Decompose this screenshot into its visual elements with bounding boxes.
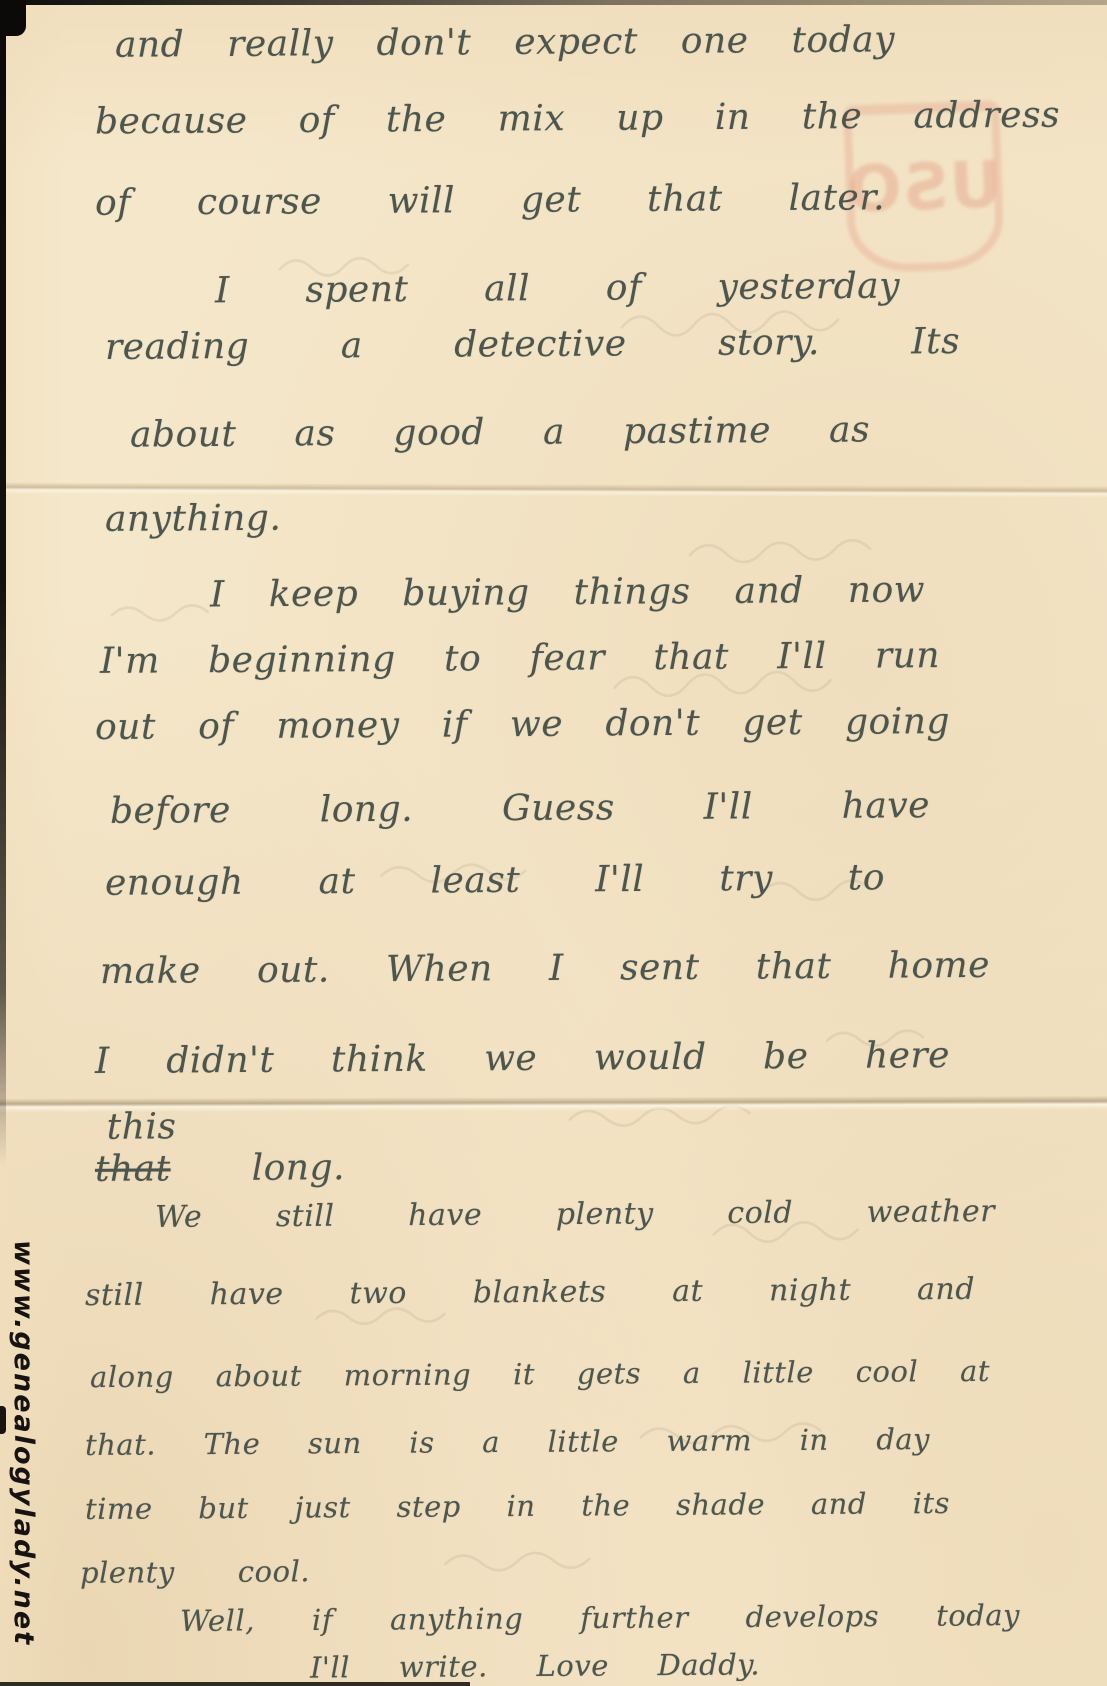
line-text: We still have plenty cold weather bbox=[155, 1194, 995, 1235]
line-text: anything. bbox=[105, 498, 282, 540]
scan-corner-top-left bbox=[0, 0, 26, 36]
letter-line: Well, if anything further develops today bbox=[180, 1599, 1020, 1638]
letter-line: before long. Guess I'll have bbox=[110, 785, 930, 832]
letter-page: USO www.genealogylady.net and really don… bbox=[0, 0, 1107, 1686]
fold-crease-top bbox=[0, 482, 1107, 498]
line-text: that. The sun is a little warm in day bbox=[85, 1422, 930, 1462]
line-text: of course will get that later. bbox=[95, 177, 885, 224]
line-text: because of the mix up in the address bbox=[95, 95, 1060, 143]
watermark-genealogylady: www.genealogylady.net bbox=[8, 1240, 39, 1646]
line-text: out of money if we don't get going bbox=[95, 701, 950, 748]
letter-line: and really don't expect one today bbox=[115, 19, 895, 66]
line-text: enough at least I'll try to bbox=[105, 857, 885, 903]
letter-line: I spent all of yesterday bbox=[215, 266, 900, 312]
scan-edge-top bbox=[0, 0, 1107, 5]
letter-line: plenty cool. bbox=[80, 1555, 310, 1590]
letter-line: thisthat long. bbox=[95, 1147, 345, 1190]
letter-line: that. The sun is a little warm in day bbox=[85, 1423, 930, 1462]
letter-line: still have two blankets at night and bbox=[85, 1273, 975, 1314]
line-text: time but just step in the shade and its bbox=[85, 1486, 950, 1526]
letter-line: I'm beginning to fear that I'll run bbox=[100, 635, 940, 682]
line-text: plenty cool. bbox=[80, 1554, 310, 1590]
letter-line: out of money if we don't get going bbox=[95, 701, 950, 748]
letter-line: because of the mix up in the address bbox=[95, 95, 1060, 143]
line-text: I'm beginning to fear that I'll run bbox=[100, 635, 940, 682]
scan-edge-blob bbox=[0, 1406, 6, 1434]
inserted-word: this bbox=[107, 1106, 177, 1148]
letter-line: of course will get that later. bbox=[95, 177, 885, 224]
line-text: and really don't expect one today bbox=[115, 19, 895, 65]
letter-line: I keep buying things and now bbox=[210, 570, 925, 616]
letter-line: time but just step in the shade and its bbox=[85, 1487, 950, 1526]
struck-word: that bbox=[95, 1148, 171, 1190]
letter-line: reading a detective story. Its bbox=[105, 321, 960, 368]
line-text: long. bbox=[170, 1147, 345, 1189]
letter-line: make out. When I sent that home bbox=[100, 945, 990, 993]
line-text: along about morning it gets a little coo… bbox=[90, 1354, 990, 1394]
letter-line: anything. bbox=[105, 497, 365, 540]
letter-line: about as good a pastime as bbox=[130, 409, 870, 456]
line-text: about as good a pastime as bbox=[130, 409, 870, 455]
line-text: I didn't think we would be here bbox=[95, 1035, 950, 1082]
line-text: make out. When I sent that home bbox=[100, 945, 990, 992]
line-text: before long. Guess I'll have bbox=[110, 785, 930, 832]
line-text: still have two blankets at night and bbox=[85, 1272, 975, 1313]
line-text: I spent all of yesterday bbox=[215, 266, 900, 312]
scan-edge-left bbox=[0, 0, 6, 1165]
line-text: reading a detective story. Its bbox=[105, 321, 960, 368]
letter-line: along about morning it gets a little coo… bbox=[90, 1355, 990, 1395]
line-text: I'll write. Love Daddy. bbox=[310, 1647, 760, 1684]
letter-line: enough at least I'll try to bbox=[105, 857, 885, 904]
letter-line: We still have plenty cold weather bbox=[155, 1195, 995, 1235]
line-text: I keep buying things and now bbox=[210, 570, 925, 616]
letter-line: I didn't think we would be here bbox=[95, 1035, 950, 1082]
letter-line: I'll write. Love Daddy. bbox=[310, 1648, 760, 1684]
line-text: Well, if anything further develops today bbox=[180, 1598, 1020, 1638]
